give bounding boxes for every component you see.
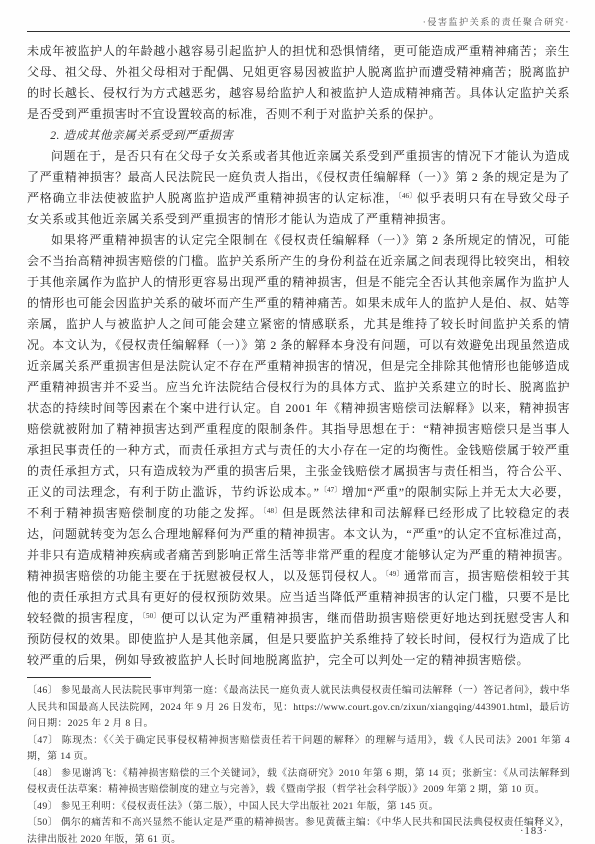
body-text: 未成年被监护人的年龄越小越容易引起监护人的担忧和恐惧情绪，更可能造成严重精神痛苦… (27, 41, 570, 671)
footnote-text: 参见谢鸿飞：《精神损害赔偿的三个关键词》，载《法商研究》2010 年第 6 期，… (27, 768, 570, 796)
paragraph: 未成年被监护人的年龄越小越容易引起监护人的担忧和恐惧情绪，更可能造成严重精神痛苦… (27, 41, 570, 125)
footnote-item: 〔50〕 偶尔的痛苦和不高兴显然不能认定是严重的精神损害。参见黄薇主编：《中华人… (27, 815, 570, 844)
footnote-text: 参见王利明：《侵权责任法》（第二版），中国人民大学出版社 2021 年版，第 1… (58, 801, 439, 812)
footnote-ref: 〔49〕 (385, 570, 404, 578)
footnote-text: 偶尔的痛苦和不高兴显然不能认定是严重的精神损害。参见黄薇主编：《中华人民共和国民… (27, 817, 570, 844)
paragraph-text: 未成年被监护人的年龄越小越容易引起监护人的担忧和恐惧情绪，更可能造成严重精神痛苦… (27, 44, 570, 121)
document-page: ·侵害监护关系的责任聚合研究· 未成年被监护人的年龄越小越容易引起监护人的担忧和… (0, 0, 595, 844)
footnotes-block: 〔46〕 参见最高人民法院民事审判第一庭：《最高法民一庭负责人就民法典侵权责任编… (27, 683, 570, 844)
footnote-label: 〔47〕 (27, 735, 59, 746)
footnote-label: 〔46〕 (27, 685, 58, 696)
footnote-item: 〔46〕 参见最高人民法院民事审判第一庭：《最高法民一庭负责人就民法典侵权责任编… (27, 683, 570, 733)
paragraph: 如果将严重精神损害的认定完全限制在《侵权责任编解释（一）》第 2 条所规定的情况… (27, 230, 570, 671)
footnote-text: 参见最高人民法院民事审判第一庭：《最高法民一庭负责人就民法典侵权责任编司法解释（… (27, 685, 570, 729)
running-header: ·侵害监护关系的责任聚合研究· (27, 16, 570, 29)
footnote-item: 〔48〕 参见谢鸿飞：《精神损害赔偿的三个关键词》，载《法商研究》2010 年第… (27, 766, 570, 799)
footnote-item: 〔49〕 参见王利明：《侵权责任法》（第二版），中国人民大学出版社 2021 年… (27, 799, 570, 816)
footnote-separator (27, 677, 151, 678)
header-rule (27, 31, 570, 32)
running-header-title: ·侵害监护关系的责任聚合研究· (423, 17, 570, 27)
footnote-label: 〔50〕 (27, 817, 58, 828)
footnote-ref: 〔47〕 (320, 486, 342, 494)
footnote-ref: 〔50〕 (142, 612, 161, 620)
paragraph: 问题在于，是否只有在父母子女关系或者其他近亲属关系受到严重损害的情况下才能认为造… (27, 146, 570, 230)
footnote-text: 陈现杰：《〈关于确定民事侵权精神损害赔偿责任若干问题的解释〉的理解与适用》，载《… (27, 735, 570, 763)
paragraph-text: 2. 造成其他亲属关系受到严重损害 (50, 129, 233, 142)
page-number: ·183· (520, 826, 548, 837)
section-heading: 2. 造成其他亲属关系受到严重损害 (27, 125, 570, 146)
footnote-label: 〔49〕 (27, 801, 58, 812)
paragraph-text: 如果将严重精神损害的认定完全限制在《侵权责任编解释（一）》第 2 条所规定的情况… (27, 233, 570, 499)
footnote-label: 〔48〕 (27, 768, 58, 779)
footnote-ref: 〔48〕 (263, 507, 283, 515)
footnote-item: 〔47〕 陈现杰：《〈关于确定民事侵权精神损害赔偿责任若干问题的解释〉的理解与适… (27, 733, 570, 766)
footnote-ref: 〔46〕 (398, 192, 417, 200)
